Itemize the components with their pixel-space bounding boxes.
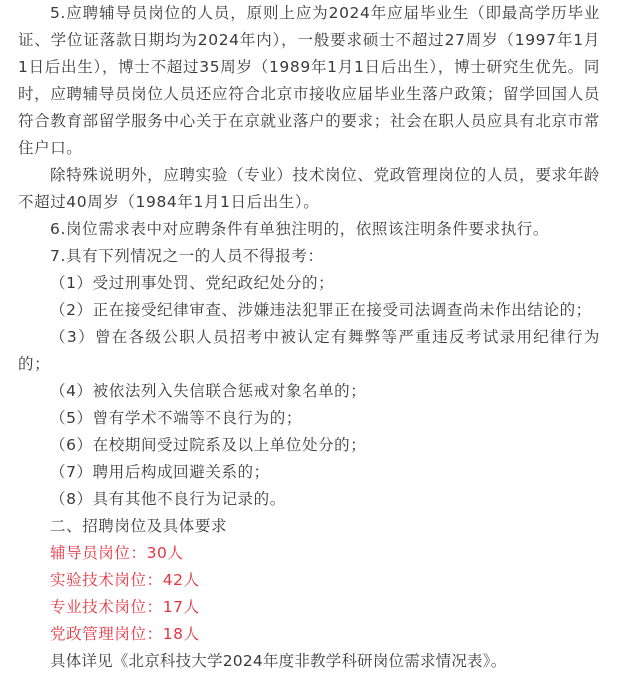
disqualification-item: （6）在校期间受过院系及以上单位处分的；	[18, 432, 600, 459]
section-heading-positions: 二、招聘岗位及具体要求	[18, 513, 600, 540]
reference-note: 具体详见《北京科技大学2024年度非教学科研岗位需求情况表》。	[18, 648, 600, 675]
paragraph-disqualification-intro: 7.具有下列情况之一的人员不得报考：	[18, 243, 600, 270]
position-count-professional-tech: 专业技术岗位：17人	[18, 594, 600, 621]
position-count-counselor: 辅导员岗位：30人	[18, 540, 600, 567]
disqualification-item: （7）聘用后构成回避关系的；	[18, 459, 600, 486]
disqualification-item: （4）被依法列入失信联合惩戒对象名单的；	[18, 378, 600, 405]
position-count-lab-tech: 实验技术岗位：42人	[18, 567, 600, 594]
paragraph-age-requirement-other: 除特殊说明外，应聘实验（专业）技术岗位、党政管理岗位的人员，要求年龄不超过40周…	[18, 162, 600, 216]
article-body: 5.应聘辅导员岗位的人员，原则上应为2024年应届毕业生（即最高学历毕业证、学位…	[18, 0, 600, 675]
position-count-party-admin: 党政管理岗位：18人	[18, 621, 600, 648]
disqualification-item: （5）曾有学术不端等不良行为的；	[18, 405, 600, 432]
disqualification-item: （1）受过刑事处罚、党纪政纪处分的；	[18, 270, 600, 297]
paragraph-age-requirement-counselor: 5.应聘辅导员岗位的人员，原则上应为2024年应届毕业生（即最高学历毕业证、学位…	[18, 0, 600, 162]
disqualification-item: （8）具有其他不良行为记录的。	[18, 486, 600, 513]
paragraph-special-conditions: 6.岗位需求表中对应聘条件有单独注明的，依照该注明条件要求执行。	[18, 216, 600, 243]
disqualification-item: （3）曾在各级公职人员招考中被认定有舞弊等严重违反考试录用纪律行为的；	[18, 324, 600, 378]
disqualification-item: （2）正在接受纪律审查、涉嫌违法犯罪正在接受司法调查尚未作出结论的；	[18, 297, 600, 324]
